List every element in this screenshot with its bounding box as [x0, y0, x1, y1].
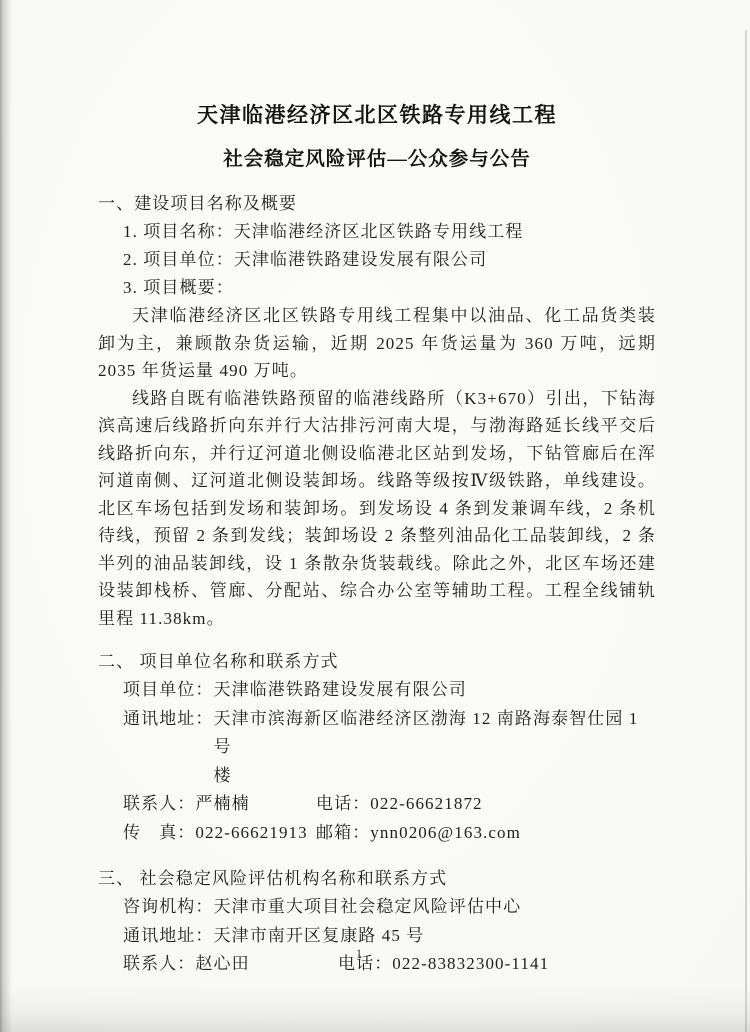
document-title: 天津临港经济区北区铁路专用线工程	[98, 99, 656, 131]
section-3-heading: 三、 社会稳定风险评估机构名称和联系方式	[98, 865, 656, 893]
unit-fax-row: 传 真：022-66621913 邮箱：ynn0206@163.com	[98, 819, 656, 848]
unit-email: 邮箱：ynn0206@163.com	[316, 819, 521, 848]
document-body: 天津临港经济区北区铁路专用线工程 社会稳定风险评估—公众参与公告 一、建设项目名…	[98, 0, 656, 979]
project-overview-item: 3. 项目概要：	[98, 274, 656, 302]
address-line-1: 天津市滨海新区临港经济区渤海 12 南路海泰智仕园 1 号	[214, 705, 657, 762]
document-subtitle: 社会稳定风险评估—公众参与公告	[98, 144, 656, 176]
overview-paragraph-2: 线路自既有临港铁路预留的临港线路所（K3+670）引出，下钻海滨高速后线路折向东…	[98, 385, 656, 633]
unit-address-row: 通讯地址： 天津市滨海新区临港经济区渤海 12 南路海泰智仕园 1 号 楼	[98, 705, 656, 791]
scan-edge-left	[0, 0, 12, 1032]
unit-fax: 传 真：022-66621913	[123, 819, 316, 848]
unit-contact-row: 联系人：严楠楠 电话：022-66621872	[98, 790, 656, 819]
overview-paragraph-1: 天津临港经济区北区铁路专用线工程集中以油品、化工品货类装卸为主，兼顾散杂货运输，…	[98, 302, 656, 385]
project-unit-item: 2. 项目单位：天津临港铁路建设发展有限公司	[98, 246, 656, 274]
scan-edge-bottom	[0, 986, 750, 1032]
page-number: 1	[0, 946, 718, 962]
project-name-item: 1. 项目名称：天津临港经济区北区铁路专用线工程	[98, 218, 656, 246]
unit-contact-name: 联系人：严楠楠	[123, 790, 316, 819]
section-2-heading: 二、 项目单位名称和联系方式	[98, 648, 656, 676]
section-1-heading: 一、建设项目名称及概要	[98, 190, 656, 218]
address-value: 天津市滨海新区临港经济区渤海 12 南路海泰智仕园 1 号 楼	[214, 705, 657, 791]
unit-row: 项目单位：天津临港铁路建设发展有限公司	[98, 676, 656, 705]
scan-edge-right	[745, 30, 747, 1032]
scanned-document-page: 天津临港经济区北区铁路专用线工程 社会稳定风险评估—公众参与公告 一、建设项目名…	[0, 0, 750, 1032]
assessor-org-row: 咨询机构：天津市重大项目社会稳定风险评估中心	[98, 893, 656, 922]
address-label: 通讯地址：	[123, 705, 214, 791]
unit-contact-phone: 电话：022-66621872	[316, 790, 483, 819]
address-line-2: 楼	[214, 762, 657, 791]
